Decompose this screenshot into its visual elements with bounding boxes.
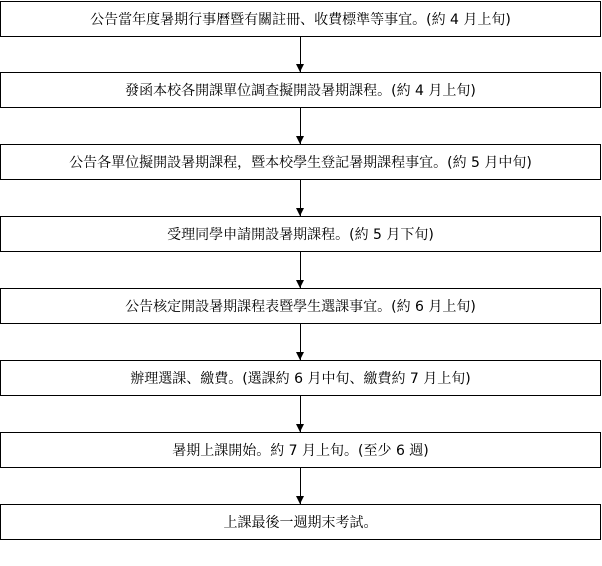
step-text: 受理同學申請開設暑期課程。(約 5 月下旬) xyxy=(167,224,434,244)
arrow-down-icon xyxy=(300,252,301,288)
step-8-final-exam: 上課最後一週期末考試。 xyxy=(0,504,601,540)
step-6-enroll-pay: 辦理選課、繳費。(選課約 6 月中旬、繳費約 7 月上旬) xyxy=(0,360,601,396)
arrow-down-icon xyxy=(300,396,301,432)
step-5-approved-schedule: 公告核定開設暑期課程表暨學生選課事宜。(約 6 月上旬) xyxy=(0,288,601,324)
step-text: 公告當年度暑期行事曆暨有關註冊、收費標準等事宜。(約 4 月上旬) xyxy=(90,9,511,29)
step-text: 辦理選課、繳費。(選課約 6 月中旬、繳費約 7 月上旬) xyxy=(130,368,471,388)
step-7-classes-begin: 暑期上課開始。約 7 月上旬。(至少 6 週) xyxy=(0,432,601,468)
step-text: 發函本校各開課單位調查擬開設暑期課程。(約 4 月上旬) xyxy=(125,80,476,100)
step-text: 公告各單位擬開設暑期課程，暨本校學生登記暑期課程事宜。(約 5 月中旬) xyxy=(69,152,532,172)
step-text: 暑期上課開始。約 7 月上旬。(至少 6 週) xyxy=(172,440,429,460)
step-1-announce-calendar: 公告當年度暑期行事曆暨有關註冊、收費標準等事宜。(約 4 月上旬) xyxy=(0,1,601,37)
step-text: 上課最後一週期末考試。 xyxy=(224,512,378,532)
arrow-down-icon xyxy=(300,468,301,504)
step-4-accept-applications: 受理同學申請開設暑期課程。(約 5 月下旬) xyxy=(0,216,601,252)
arrow-down-icon xyxy=(300,324,301,360)
step-text: 公告核定開設暑期課程表暨學生選課事宜。(約 6 月上旬) xyxy=(125,296,476,316)
arrow-down-icon xyxy=(300,37,301,72)
step-2-survey-units: 發函本校各開課單位調查擬開設暑期課程。(約 4 月上旬) xyxy=(0,72,601,108)
step-3-announce-courses: 公告各單位擬開設暑期課程，暨本校學生登記暑期課程事宜。(約 5 月中旬) xyxy=(0,144,601,180)
arrow-down-icon xyxy=(300,108,301,144)
arrow-down-icon xyxy=(300,180,301,216)
